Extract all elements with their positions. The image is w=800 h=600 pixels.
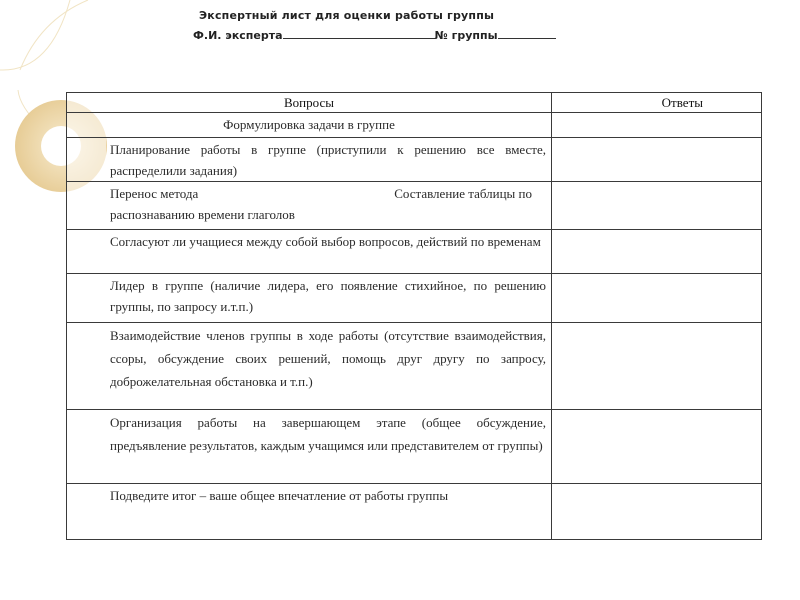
question-cell: Организация работы на завершающем этапе … bbox=[67, 410, 552, 484]
table-row: Согласуют ли учащиеся между собой выбор … bbox=[67, 230, 762, 274]
question-continuation: распознаванию времени глаголов bbox=[110, 204, 546, 225]
column-header-answers: Ответы bbox=[552, 93, 762, 113]
question-cell: Формулировка задачи в группе bbox=[67, 113, 552, 138]
question-cell: Перенос метода Составление таблицы по ра… bbox=[67, 182, 552, 230]
table-header-row: Вопросы Ответы bbox=[67, 93, 762, 113]
expert-info-line: Ф.И. эксперта № группы bbox=[193, 28, 556, 42]
answer-cell[interactable] bbox=[552, 182, 762, 230]
question-line: Перенос метода Составление таблицы по bbox=[110, 183, 546, 204]
table-row: Планирование работы в группе (приступили… bbox=[67, 138, 762, 182]
answer-cell[interactable] bbox=[552, 230, 762, 274]
question-cell: Подведите итог – ваше общее впечатление … bbox=[67, 484, 552, 540]
table-row: Перенос метода Составление таблицы по ра… bbox=[67, 182, 762, 230]
question-cell: Планирование работы в группе (приступили… bbox=[67, 138, 552, 182]
group-number-label: № группы bbox=[435, 29, 498, 42]
answer-cell[interactable] bbox=[552, 113, 762, 138]
answer-cell[interactable] bbox=[552, 274, 762, 323]
evaluation-table: Вопросы Ответы Формулировка задачи в гру… bbox=[66, 92, 762, 540]
question-cell: Лидер в группе (наличие лидера, его появ… bbox=[67, 274, 552, 323]
answer-cell[interactable] bbox=[552, 410, 762, 484]
question-part-left: Перенос метода bbox=[110, 183, 198, 204]
question-cell: Взаимодействие членов группы в ходе рабо… bbox=[67, 323, 552, 410]
answer-cell[interactable] bbox=[552, 138, 762, 182]
group-number-field[interactable] bbox=[498, 28, 556, 39]
column-header-questions: Вопросы bbox=[67, 93, 552, 113]
question-part-right: Составление таблицы по bbox=[394, 183, 532, 204]
table-row: Взаимодействие членов группы в ходе рабо… bbox=[67, 323, 762, 410]
document-title: Экспертный лист для оценки работы группы bbox=[199, 9, 494, 22]
table-row: Подведите итог – ваше общее впечатление … bbox=[67, 484, 762, 540]
answer-cell[interactable] bbox=[552, 484, 762, 540]
table-row: Организация работы на завершающем этапе … bbox=[67, 410, 762, 484]
table-row: Формулировка задачи в группе bbox=[67, 113, 762, 138]
expert-name-label: Ф.И. эксперта bbox=[193, 29, 283, 42]
table-row: Лидер в группе (наличие лидера, его появ… bbox=[67, 274, 762, 323]
expert-name-field[interactable] bbox=[283, 28, 435, 39]
question-cell: Согласуют ли учащиеся между собой выбор … bbox=[67, 230, 552, 274]
answer-cell[interactable] bbox=[552, 323, 762, 410]
